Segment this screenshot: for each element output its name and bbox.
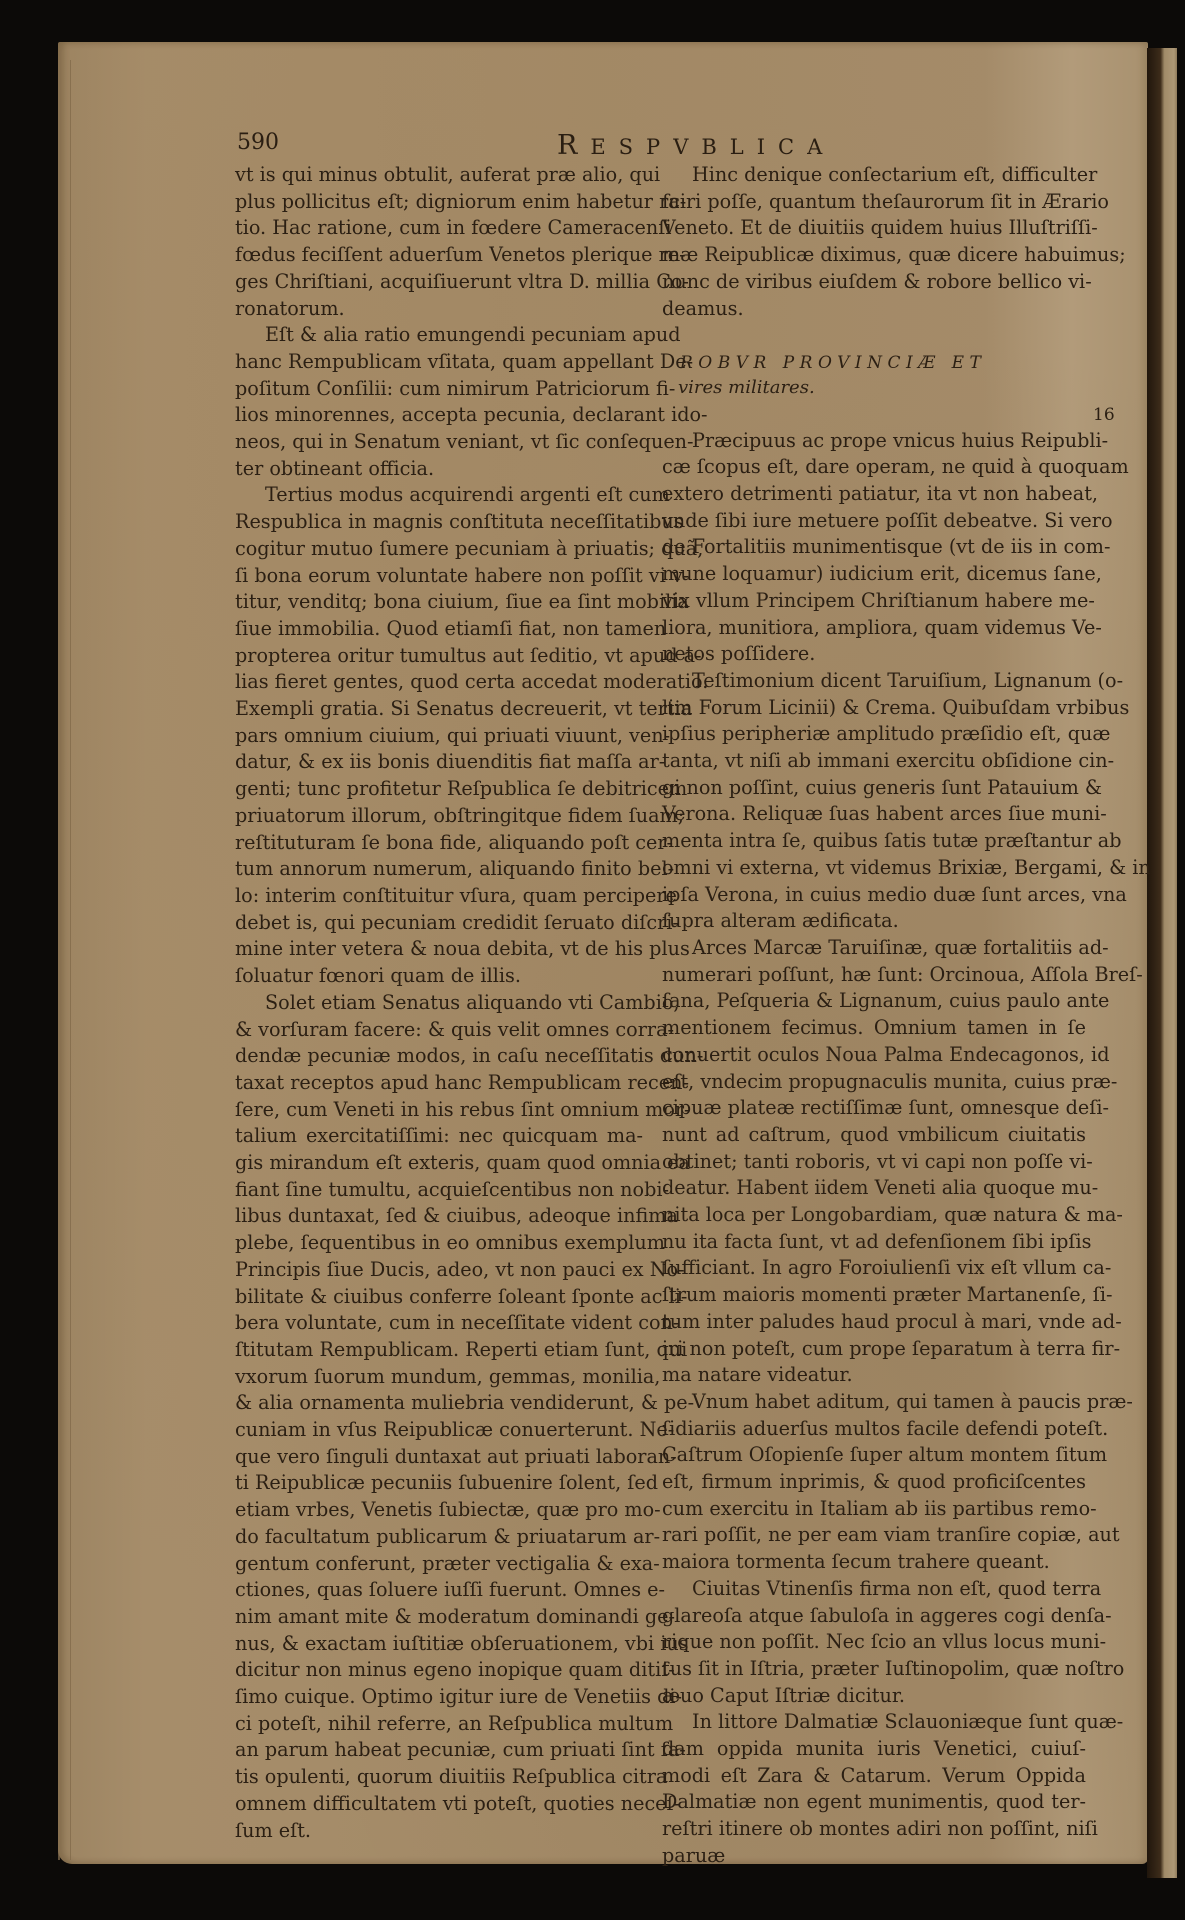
- text-line: neos, qui in Senatum veniant, vt ſic con…: [235, 429, 643, 456]
- running-title: RESPVBLICA: [557, 130, 835, 161]
- text-line: ronatorum.: [235, 296, 643, 323]
- catchword: paruæ: [662, 1843, 1086, 1870]
- page-number: 590: [237, 130, 279, 155]
- text-line: æuo Caput Iſtriæ dicitur.: [662, 1683, 1086, 1710]
- text-line: nunt ad caſtrum, quod vmbilicum ciuitati…: [662, 1122, 1086, 1149]
- text-line: ipſa Verona, in cuius medio duæ ſunt arc…: [662, 882, 1086, 909]
- text-line: ſum eſt.: [235, 1818, 643, 1845]
- text-line: debet is, qui pecuniam credidit ſeruato …: [235, 910, 643, 937]
- text-line: tio. Hac ratione, cum in fœdere Camerace…: [235, 215, 643, 242]
- paragraph: Præcipuus ac prope vnicus huius Reipubli…: [662, 428, 1086, 668]
- text-line: vix vllum Principem Chriſtianum habere m…: [662, 588, 1086, 615]
- text-line: an parum habeat pecuniæ, cum priuati ſin…: [235, 1737, 643, 1764]
- text-line: propterea oritur tumultus aut ſeditio, v…: [235, 643, 643, 670]
- text-line: ſidiariis aduerſus multos facile defendi…: [662, 1416, 1086, 1443]
- text-line: deatur. Habent iidem Veneti alia quoque …: [662, 1175, 1086, 1202]
- text-line: tanta, vt niſi ab immani exercitu obſidi…: [662, 748, 1086, 775]
- section-heading: ROBVR PROVINCIÆ ET: [662, 350, 1086, 377]
- text-line: nita loca per Longobardiam, quæ natura &…: [662, 1202, 1086, 1229]
- text-line: Respublica in magnis conſtituta neceſſit…: [235, 509, 643, 536]
- text-line: ti Reipublicæ pecuniis ſubuenire ſolent,…: [235, 1470, 643, 1497]
- text-line: Vnum habet aditum, qui tamen à paucis pr…: [662, 1389, 1086, 1416]
- text-line: tum annorum numerum, aliquando finito be…: [235, 856, 643, 883]
- text-line: omni vi externa, vt videmus Brixiæ, Berg…: [662, 855, 1086, 882]
- paragraph: vt is qui minus obtulit, auferat præ ali…: [235, 162, 643, 322]
- text-line: omnem difficultatem vti poteſt, quoties …: [235, 1791, 643, 1818]
- text-line: gentum conferunt, præter vectigalia & ex…: [235, 1551, 643, 1578]
- text-line: mune loquamur) iudicium erit, dicemus ſa…: [662, 561, 1086, 588]
- text-line: cum exercitu in Italiam ab iis partibus …: [662, 1496, 1086, 1523]
- text-line: In littore Dalmatiæ Sclauoniæque ſunt qu…: [662, 1709, 1086, 1736]
- text-line: extero detrimenti patiatur, ita vt non h…: [662, 481, 1086, 508]
- text-line: genti; tunc profitetur Reſpublica ſe deb…: [235, 776, 643, 803]
- text-line: & vorſuram facere: & quis velit omnes co…: [235, 1017, 643, 1044]
- text-line: nus, & exactam iuſtitiæ obſeruationem, v…: [235, 1631, 643, 1658]
- text-line: ſciri poſſe, quantum theſaurorum ſit in …: [662, 189, 1086, 216]
- text-line: lo: interim conſtituitur vſura, quam per…: [235, 883, 643, 910]
- text-line: tum inter paludes haud procul à mari, vn…: [662, 1309, 1086, 1336]
- text-line: Principis ſiue Ducis, adeo, vt non pauci…: [235, 1257, 643, 1284]
- text-line: & alia ornamenta muliebria vendiderunt, …: [235, 1390, 643, 1417]
- text-line: priuatorum illorum, obſtringitque fidem …: [235, 803, 643, 830]
- text-line: ges Chriſtiani, acquiſiuerunt vltra D. m…: [235, 269, 643, 296]
- text-line: lim Forum Licinii) & Crema. Quibuſdam vr…: [662, 695, 1086, 722]
- text-line: etiam vrbes, Venetis ſubiectæ, quæ pro m…: [235, 1497, 643, 1524]
- text-line: ſufficiant. In agro Foroiulienſi vix eſt…: [662, 1255, 1086, 1282]
- text-line: ſimo cuique. Optimo igitur iure de Venet…: [235, 1684, 643, 1711]
- text-line: maiora tormenta ſecum trahere queant.: [662, 1549, 1086, 1576]
- text-line: taxat receptos apud hanc Rempublicam rec…: [235, 1070, 643, 1097]
- text-line: vxorum ſuorum mundum, gemmas, monilia,: [235, 1364, 643, 1391]
- text-line: dendæ pecuniæ modos, in caſu neceſſitati…: [235, 1043, 643, 1070]
- text-line: Hinc denique conſectarium eſt, difficult…: [662, 162, 1086, 189]
- text-line: talium exercitatiſſimi: nec quicquam ma-: [235, 1123, 643, 1150]
- text-line: rari poſſit, ne per eam viam tranſire co…: [662, 1522, 1086, 1549]
- text-line: cæ ſcopus eſt, dare operam, ne quid à qu…: [662, 454, 1086, 481]
- intro-paragraph: Hinc denique conſectarium eſt, difficult…: [662, 162, 1086, 322]
- section-subheading: vires militares.: [662, 375, 1086, 402]
- paragraph: Arces Marcæ Taruiſinæ, quæ fortalitiis a…: [662, 935, 1086, 1389]
- paragraph: In littore Dalmatiæ Sclauoniæque ſunt qu…: [662, 1709, 1086, 1843]
- paragraph: Vnum habet aditum, qui tamen à paucis pr…: [662, 1389, 1086, 1576]
- text-line: ci poteſt, nihil referre, an Reſpublica …: [235, 1711, 643, 1738]
- text-line: datur, & ex iis bonis diuenditis fiat ma…: [235, 749, 643, 776]
- text-line: Ciuitas Vtinenſis firma non eſt, quod te…: [662, 1576, 1086, 1603]
- text-line: iri non poteſt, cum prope ſeparatum à te…: [662, 1336, 1086, 1363]
- left-column: vt is qui minus obtulit, auferat præ ali…: [235, 162, 643, 1844]
- text-line: titur, venditq; bona ciuium, ſiue ea ſin…: [235, 589, 643, 616]
- text-line: conuertit oculos Noua Palma Endecagonos,…: [662, 1042, 1086, 1069]
- text-line: plebe, ſequentibus in eo omnibus exemplu…: [235, 1230, 643, 1257]
- right-column: Hinc denique conſectarium eſt, difficult…: [662, 162, 1086, 1870]
- text-line: rique non poſſit. Nec ſcio an vllus locu…: [662, 1629, 1086, 1656]
- text-line: poſitum Conſilii: cum nimirum Patricioru…: [235, 376, 643, 403]
- text-line: cogitur mutuo ſumere pecuniam à priuatis…: [235, 536, 643, 563]
- text-line: obtinet; tanti roboris, vt vi capi non p…: [662, 1149, 1086, 1176]
- text-line: ter obtineant officia.: [235, 456, 643, 483]
- text-line: Eſt & alia ratio emungendi pecuniam apud: [235, 322, 643, 349]
- text-line: ctiones, quas ſoluere iuſſi fuerunt. Omn…: [235, 1577, 643, 1604]
- text-line: bilitate & ciuibus conferre ſoleant ſpon…: [235, 1284, 643, 1311]
- text-line: ſoluatur fœnori quam de illis.: [235, 963, 643, 990]
- text-line: dam oppida munita iuris Venetici, cuiuſ-: [662, 1736, 1086, 1763]
- text-line: Caſtrum Oſopienſe ſuper altum montem ſit…: [662, 1442, 1086, 1469]
- paragraph: Tertius modus acquirendi argenti eſt cum…: [235, 482, 643, 989]
- text-line: ma natare videatur.: [662, 1362, 1086, 1389]
- text-line: modi eſt Zara & Catarum. Verum Oppida: [662, 1763, 1086, 1790]
- text-line: de Fortalitiis munimentisque (vt de iis …: [662, 534, 1086, 561]
- text-line: Dalmatiæ non egent munimentis, quod ter-: [662, 1789, 1086, 1816]
- text-line: deamus.: [662, 296, 1086, 323]
- text-line: fœdus feciſſent aduerſum Venetos pleriqu…: [235, 242, 643, 269]
- text-line: ipſius peripheriæ amplitudo præſidio eſt…: [662, 721, 1086, 748]
- text-line: nu ita facta ſunt, vt ad defenſionem ſib…: [662, 1229, 1086, 1256]
- text-line: menta intra ſe, quibus ſatis tutæ præſta…: [662, 828, 1086, 855]
- text-line: numerari poſſunt, hæ ſunt: Orcinoua, Aſſ…: [662, 962, 1086, 989]
- text-line: nim amant mite & moderatum dominandi ge-: [235, 1604, 643, 1631]
- text-line: hanc Rempublicam vſitata, quam appellant…: [235, 349, 643, 376]
- paragraph: Teſtimonium dicent Taruiſium, Lignanum (…: [662, 668, 1086, 935]
- text-line: libus duntaxat, ſed & ciuibus, adeoque i…: [235, 1203, 643, 1230]
- text-line: Verona. Reliquæ ſuas habent arces ſiue m…: [662, 801, 1086, 828]
- text-line: Exempli gratia. Si Senatus decreuerit, v…: [235, 696, 643, 723]
- text-line: lios minorennes, accepta pecunia, declar…: [235, 402, 643, 429]
- text-line: liora, munitiora, ampliora, quam videmus…: [662, 615, 1086, 642]
- text-line: cuniam in vſus Reipublicæ conuerterunt. …: [235, 1417, 643, 1444]
- text-line: ſi bona eorum voluntate habere non poſſi…: [235, 563, 643, 590]
- text-line: Solet etiam Senatus aliquando vti Cambio…: [235, 990, 643, 1017]
- text-line: do facultatum publicarum & priuatarum ar…: [235, 1524, 643, 1551]
- text-line: plus pollicitus eſt; digniorum enim habe…: [235, 189, 643, 216]
- text-line: lias fieret gentes, quod certa accedat m…: [235, 669, 643, 696]
- text-line: eſt, firmum inprimis, & quod proficiſcen…: [662, 1469, 1086, 1496]
- text-line: ſiue immobilia. Quod etiamſi fiat, non t…: [235, 616, 643, 643]
- text-line: gis mirandum eſt exteris, quam quod omni…: [235, 1150, 643, 1177]
- text-line: tus ſit in Iſtria, præter Iuſtinopolim, …: [662, 1656, 1086, 1683]
- text-line: Arces Marcæ Taruiſinæ, quæ fortalitiis a…: [662, 935, 1086, 962]
- text-line: ſupra alteram ædificata.: [662, 908, 1086, 935]
- text-line: gi non poſſint, cuius generis ſunt Patau…: [662, 775, 1086, 802]
- adjacent-page-edge: [1147, 48, 1177, 1878]
- text-line: mæ Reipublicæ diximus, quæ dicere habuim…: [662, 242, 1086, 269]
- text-line: Tertius modus acquirendi argenti eſt cum: [235, 482, 643, 509]
- text-line: ſtitutam Rempublicam. Reperti etiam ſunt…: [235, 1337, 643, 1364]
- paragraph: Ciuitas Vtinenſis firma non eſt, quod te…: [662, 1576, 1086, 1710]
- text-line: fiant ſine tumultu, acquieſcentibus non …: [235, 1177, 643, 1204]
- text-line: tis opulenti, quorum diuitiis Reſpublica…: [235, 1764, 643, 1791]
- text-line: pars omnium ciuium, qui priuati viuunt, …: [235, 723, 643, 750]
- text-line: vt is qui minus obtulit, auferat præ ali…: [235, 162, 643, 189]
- text-line: Veneto. Et de diuitiis quidem huius Illu…: [662, 215, 1086, 242]
- text-line: cipuæ plateæ rectiſſimæ ſunt, omnesque d…: [662, 1095, 1086, 1122]
- right-paragraphs: Præcipuus ac prope vnicus huius Reipubli…: [662, 428, 1086, 1843]
- page-stack-edge: [58, 60, 71, 1860]
- text-line: Præcipuus ac prope vnicus huius Reipubli…: [662, 428, 1086, 455]
- text-line: ſtrum maioris momenti præter Martanenſe,…: [662, 1282, 1086, 1309]
- text-line: mentionem fecimus. Omnium tamen in ſe: [662, 1015, 1086, 1042]
- paragraph: Eſt & alia ratio emungendi pecuniam apud…: [235, 322, 643, 482]
- text-line: nunc de viribus eiuſdem & robore bellico…: [662, 269, 1086, 296]
- paragraph: Solet etiam Senatus aliquando vti Cambio…: [235, 990, 643, 1845]
- text-line: Teſtimonium dicent Taruiſium, Lignanum (…: [662, 668, 1086, 695]
- text-line: reſtri itinere ob montes adiri non poſſi…: [662, 1816, 1086, 1843]
- text-line: netos poſſidere.: [662, 641, 1086, 668]
- text-line: dicitur non minus egeno inopique quam di…: [235, 1657, 643, 1684]
- text-line: vnde ſibi iure metuere poſſit debeatve. …: [662, 508, 1086, 535]
- text-line: ſere, cum Veneti in his rebus ſint omniu…: [235, 1097, 643, 1124]
- text-line: reſtituturam ſe bona fide, aliquando poſ…: [235, 830, 643, 857]
- text-line: ſana, Peſqueria & Lignanum, cuius paulo …: [662, 988, 1086, 1015]
- text-line: que vero ſinguli duntaxat aut priuati la…: [235, 1444, 643, 1471]
- text-line: glareoſa atque ſabuloſa in aggeres cogi …: [662, 1603, 1086, 1630]
- text-line: bera voluntate, cum in neceſſitate viden…: [235, 1310, 643, 1337]
- text-line: mine inter vetera & noua debita, vt de h…: [235, 936, 643, 963]
- running-header: 590 RESPVBLICA: [237, 130, 1087, 160]
- text-line: eſt, vndecim propugnaculis munita, cuius…: [662, 1069, 1086, 1096]
- margin-note: 16: [1093, 405, 1115, 425]
